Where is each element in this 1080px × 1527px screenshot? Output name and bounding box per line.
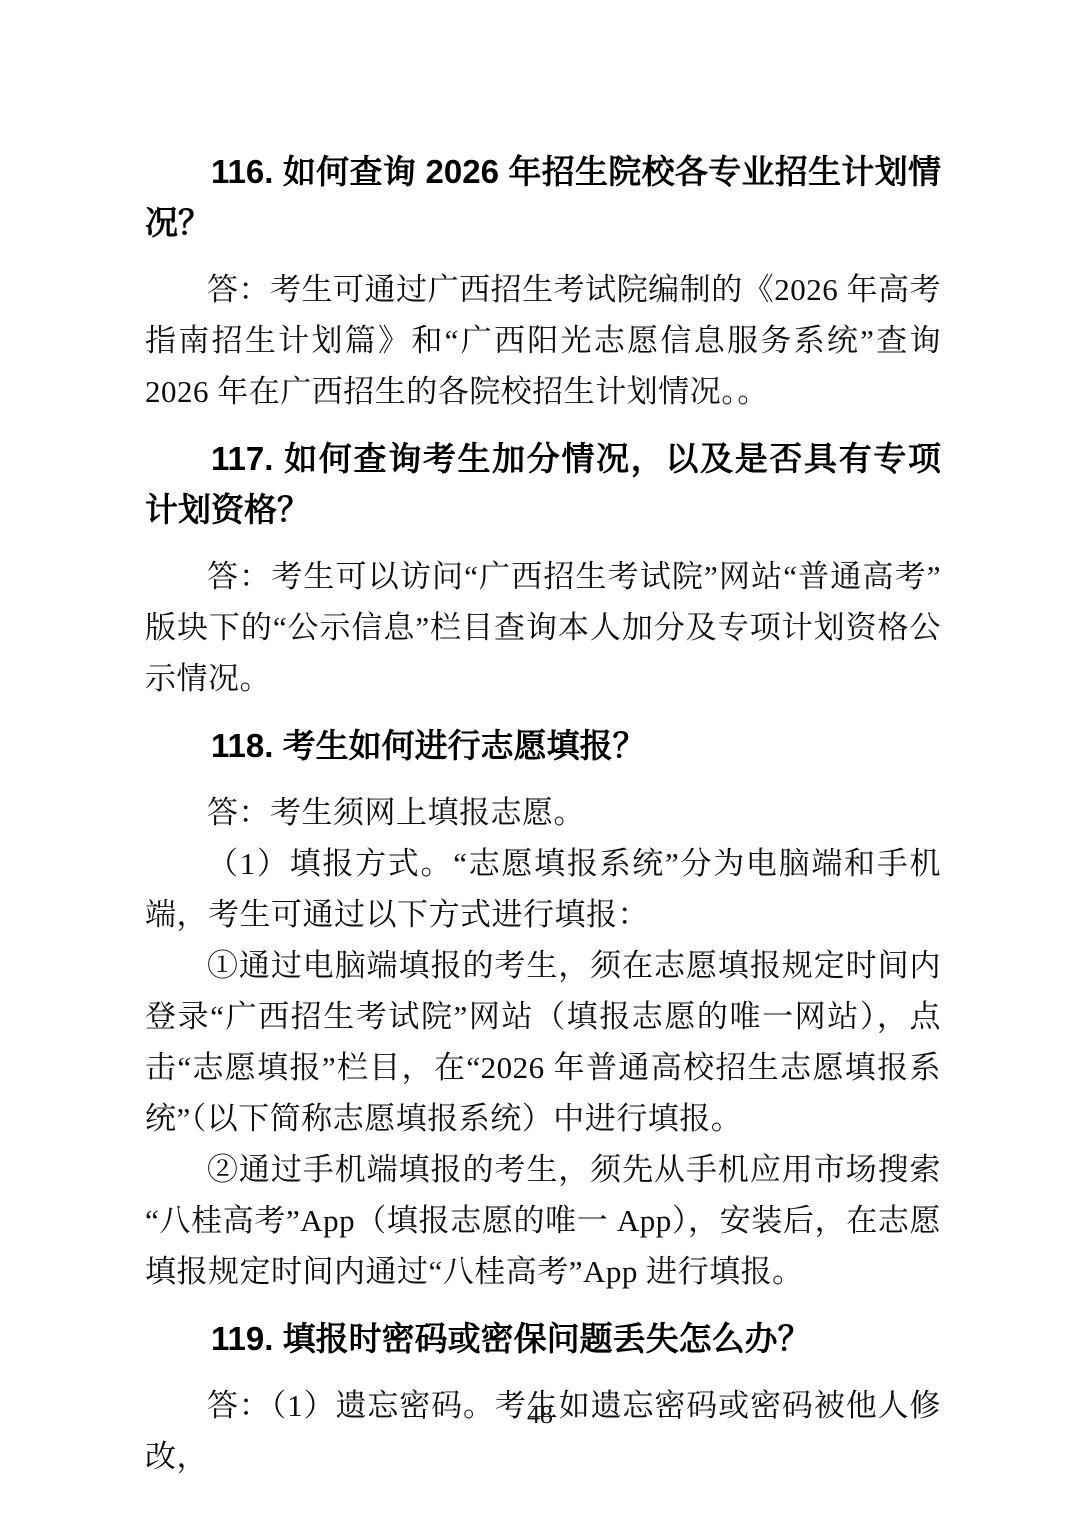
question-117-answer-paragraph: 答：考生可以访问“广西招生考试院”网站“普通高考”版块下的“公示信息”栏目查询本…: [145, 551, 941, 704]
question-118-heading: 118. 考生如何进行志愿填报？: [145, 720, 941, 771]
page-number: 48: [0, 1400, 1080, 1430]
question-118-answer-paragraph-2: （1）填报方式。“志愿填报系统”分为电脑端和手机端，考生可通过以下方式进行填报：: [145, 838, 941, 940]
question-118-answer-paragraph-4: ②通过手机端填报的考生，须先从手机应用市场搜索“八桂高考”App（填报志愿的唯一…: [145, 1144, 941, 1297]
question-118-answer-paragraph-1: 答：考生须网上填报志愿。: [145, 787, 941, 838]
question-119-heading: 119. 填报时密码或密保问题丢失怎么办？: [145, 1313, 941, 1364]
question-118-answer-paragraph-3: ①通过电脑端填报的考生，须在志愿填报规定时间内登录“广西招生考试院”网站（填报志…: [145, 940, 941, 1144]
document-content: 116. 如何查询 2026 年招生院校各专业招生计划情况？ 答：考生可通过广西…: [145, 146, 941, 1482]
faq-section-117: 117. 如何查询考生加分情况，以及是否具有专项计划资格？ 答：考生可以访问“广…: [145, 433, 941, 704]
question-119-answer-paragraph: 答：（1）遗忘密码。考生如遗忘密码或密码被他人修改，: [145, 1380, 941, 1482]
faq-section-116: 116. 如何查询 2026 年招生院校各专业招生计划情况？ 答：考生可通过广西…: [145, 146, 941, 417]
question-117-heading: 117. 如何查询考生加分情况，以及是否具有专项计划资格？: [145, 433, 941, 535]
question-116-heading: 116. 如何查询 2026 年招生院校各专业招生计划情况？: [145, 146, 941, 248]
document-page: 116. 如何查询 2026 年招生院校各专业招生计划情况？ 答：考生可通过广西…: [0, 0, 1080, 1527]
faq-section-119: 119. 填报时密码或密保问题丢失怎么办？ 答：（1）遗忘密码。考生如遗忘密码或…: [145, 1313, 941, 1482]
faq-section-118: 118. 考生如何进行志愿填报？ 答：考生须网上填报志愿。 （1）填报方式。“志…: [145, 720, 941, 1297]
question-116-answer-paragraph: 答：考生可通过广西招生考试院编制的《2026 年高考指南招生计划篇》和“广西阳光…: [145, 264, 941, 417]
